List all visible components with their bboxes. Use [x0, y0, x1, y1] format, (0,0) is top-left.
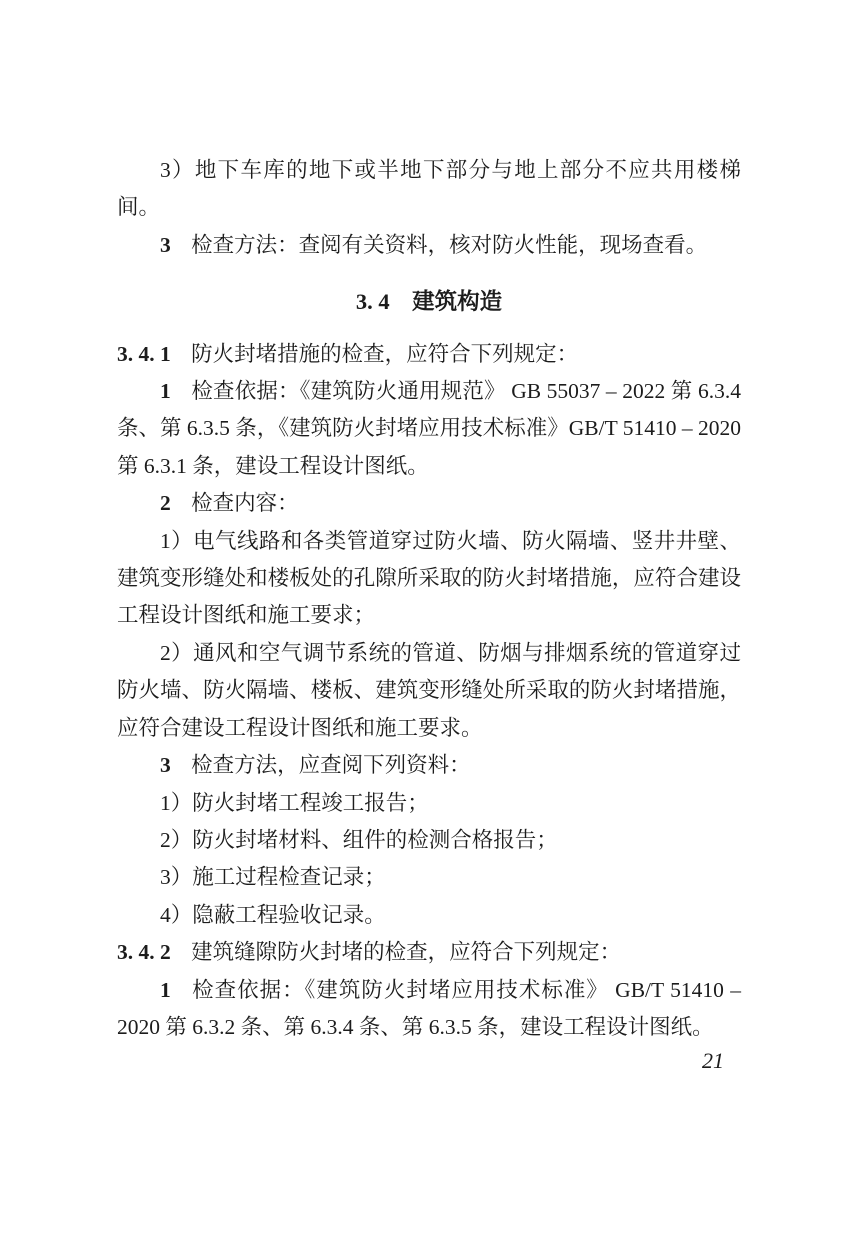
sub-item-construction-records: 3）施工过程检查记录；: [117, 859, 741, 896]
paragraph-check-method-materials: 3检查方法，应查阅下列资料：: [117, 747, 741, 784]
paragraph-text: 检查方法，应查阅下列资料：: [191, 753, 471, 777]
clause-number: 3. 4. 1: [117, 342, 171, 366]
clause-3-4-2: 3. 4. 2建筑缝隙防火封堵的检查，应符合下列规定：: [117, 934, 741, 971]
paragraph-inspection-content: 2检查内容：: [117, 485, 741, 522]
paragraph-text: 检查方法：查阅有关资料，核对防火性能，现场查看。: [191, 233, 707, 257]
item-number: 3: [160, 753, 171, 777]
paragraph-text: 建筑缝隙防火封堵的检查，应符合下列规定：: [191, 940, 621, 964]
clause-3-4-1: 3. 4. 1防火封堵措施的检查，应符合下列规定：: [117, 336, 741, 373]
item-number: 3: [160, 233, 171, 257]
section-number: 3. 4: [356, 289, 390, 314]
paragraph-inspection-basis-1: 1检查依据：《建筑防火通用规范》 GB 55037 – 2022 第 6.3.4…: [117, 373, 741, 485]
page-content: 3）地下车库的地下或半地下部分与地上部分不应共用楼梯间。 3检查方法：查阅有关资…: [117, 152, 741, 1080]
sub-item-completion-report: 1）防火封堵工程竣工报告；: [117, 785, 741, 822]
document-page: 3）地下车库的地下或半地下部分与地上部分不应共用楼梯间。 3检查方法：查阅有关资…: [0, 0, 863, 1235]
paragraph-text: 检查依据：《建筑防火通用规范》 GB 55037 – 2022 第 6.3.4 …: [117, 379, 741, 478]
item-number: 2: [160, 491, 171, 515]
paragraph-text: 防火封堵措施的检查，应符合下列规定：: [191, 342, 578, 366]
paragraph-text: 检查内容：: [191, 491, 299, 515]
sub-item-electrical-pipes: 1）电气线路和各类管道穿过防火墙、防火隔墙、竖井井壁、建筑变形缝处和楼板处的孔隙…: [117, 523, 741, 635]
sub-item-ventilation-ducts: 2）通风和空气调节系统的管道、防烟与排烟系统的管道穿过防火墙、防火隔墙、楼板、建…: [117, 635, 741, 747]
sub-item-test-report: 2）防火封堵材料、组件的检测合格报告；: [117, 822, 741, 859]
item-number: 1: [160, 379, 171, 403]
paragraph-stairwell-rule: 3）地下车库的地下或半地下部分与地上部分不应共用楼梯间。: [117, 152, 741, 227]
paragraph-inspection-basis-2: 1检查依据：《建筑防火封堵应用技术标准》 GB/T 51410 – 2020 第…: [117, 972, 741, 1047]
sub-item-concealed-works-records: 4）隐蔽工程验收记录。: [117, 897, 741, 934]
paragraph-text: 检查依据：《建筑防火封堵应用技术标准》 GB/T 51410 – 2020 第 …: [117, 978, 741, 1039]
clause-number: 3. 4. 2: [117, 940, 171, 964]
item-number: 1: [160, 978, 171, 1002]
page-number: 21: [117, 1042, 741, 1079]
paragraph-check-method: 3检查方法：查阅有关资料，核对防火性能，现场查看。: [117, 227, 741, 264]
section-title: 建筑构造: [412, 289, 502, 314]
section-heading: 3. 4建筑构造: [117, 283, 741, 320]
